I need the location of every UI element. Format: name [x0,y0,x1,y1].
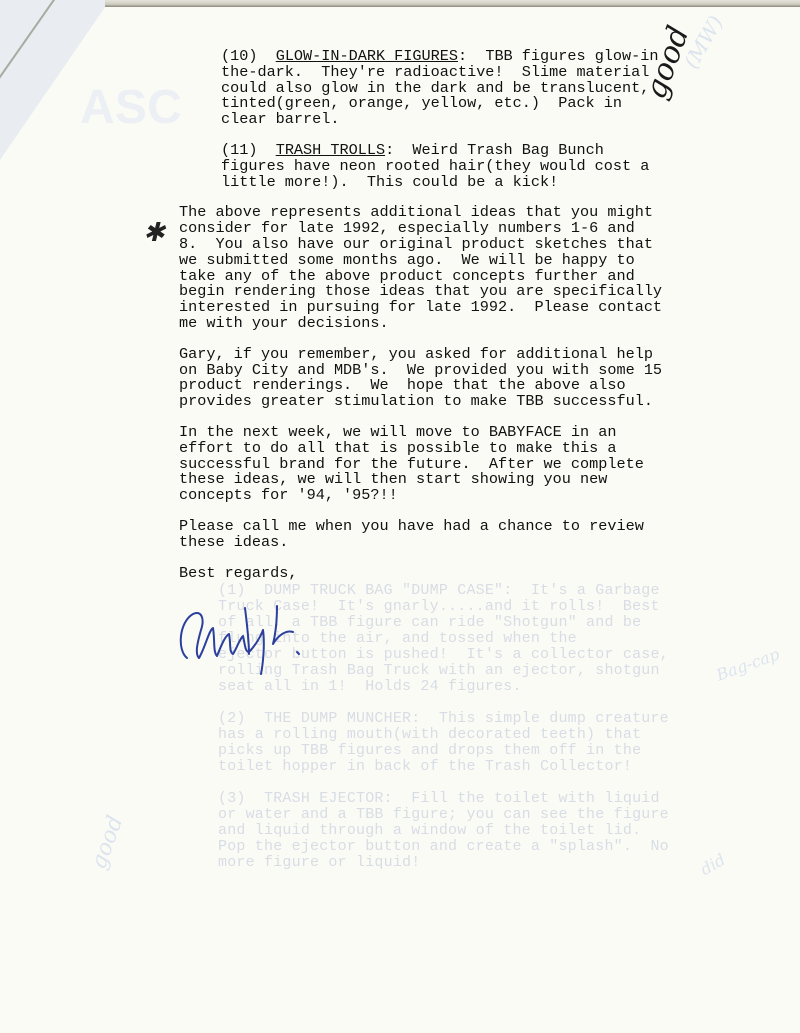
faint-note: Bag-cap [714,644,782,684]
star-mark-icon: ✱ [143,218,165,248]
signature: Andy K. [175,600,315,685]
paragraph: Please call me when you have had a chanc… [179,519,719,551]
scan-top-edge [105,0,800,7]
faint-note: did [697,850,729,879]
page-fold-shadow [0,0,110,160]
paragraph: The above represents additional ideas th… [179,205,719,331]
item-10: (10) GLOW-IN-DARK FIGURES: TBB figures g… [179,49,719,128]
paragraph: In the next week, we will move to BABYFA… [179,425,719,504]
paragraph: Gary, if you remember, you asked for add… [179,347,719,410]
bleed-through-header: ASC [80,100,182,116]
faint-note: good [86,813,128,873]
closing: Best regards, [179,566,719,582]
letter-body: (10) GLOW-IN-DARK FIGURES: TBB figures g… [179,49,719,596]
item-11: (11) TRASH TROLLS: Weird Trash Bag Bunch… [179,143,719,190]
signature-scrawl-icon [175,600,315,680]
